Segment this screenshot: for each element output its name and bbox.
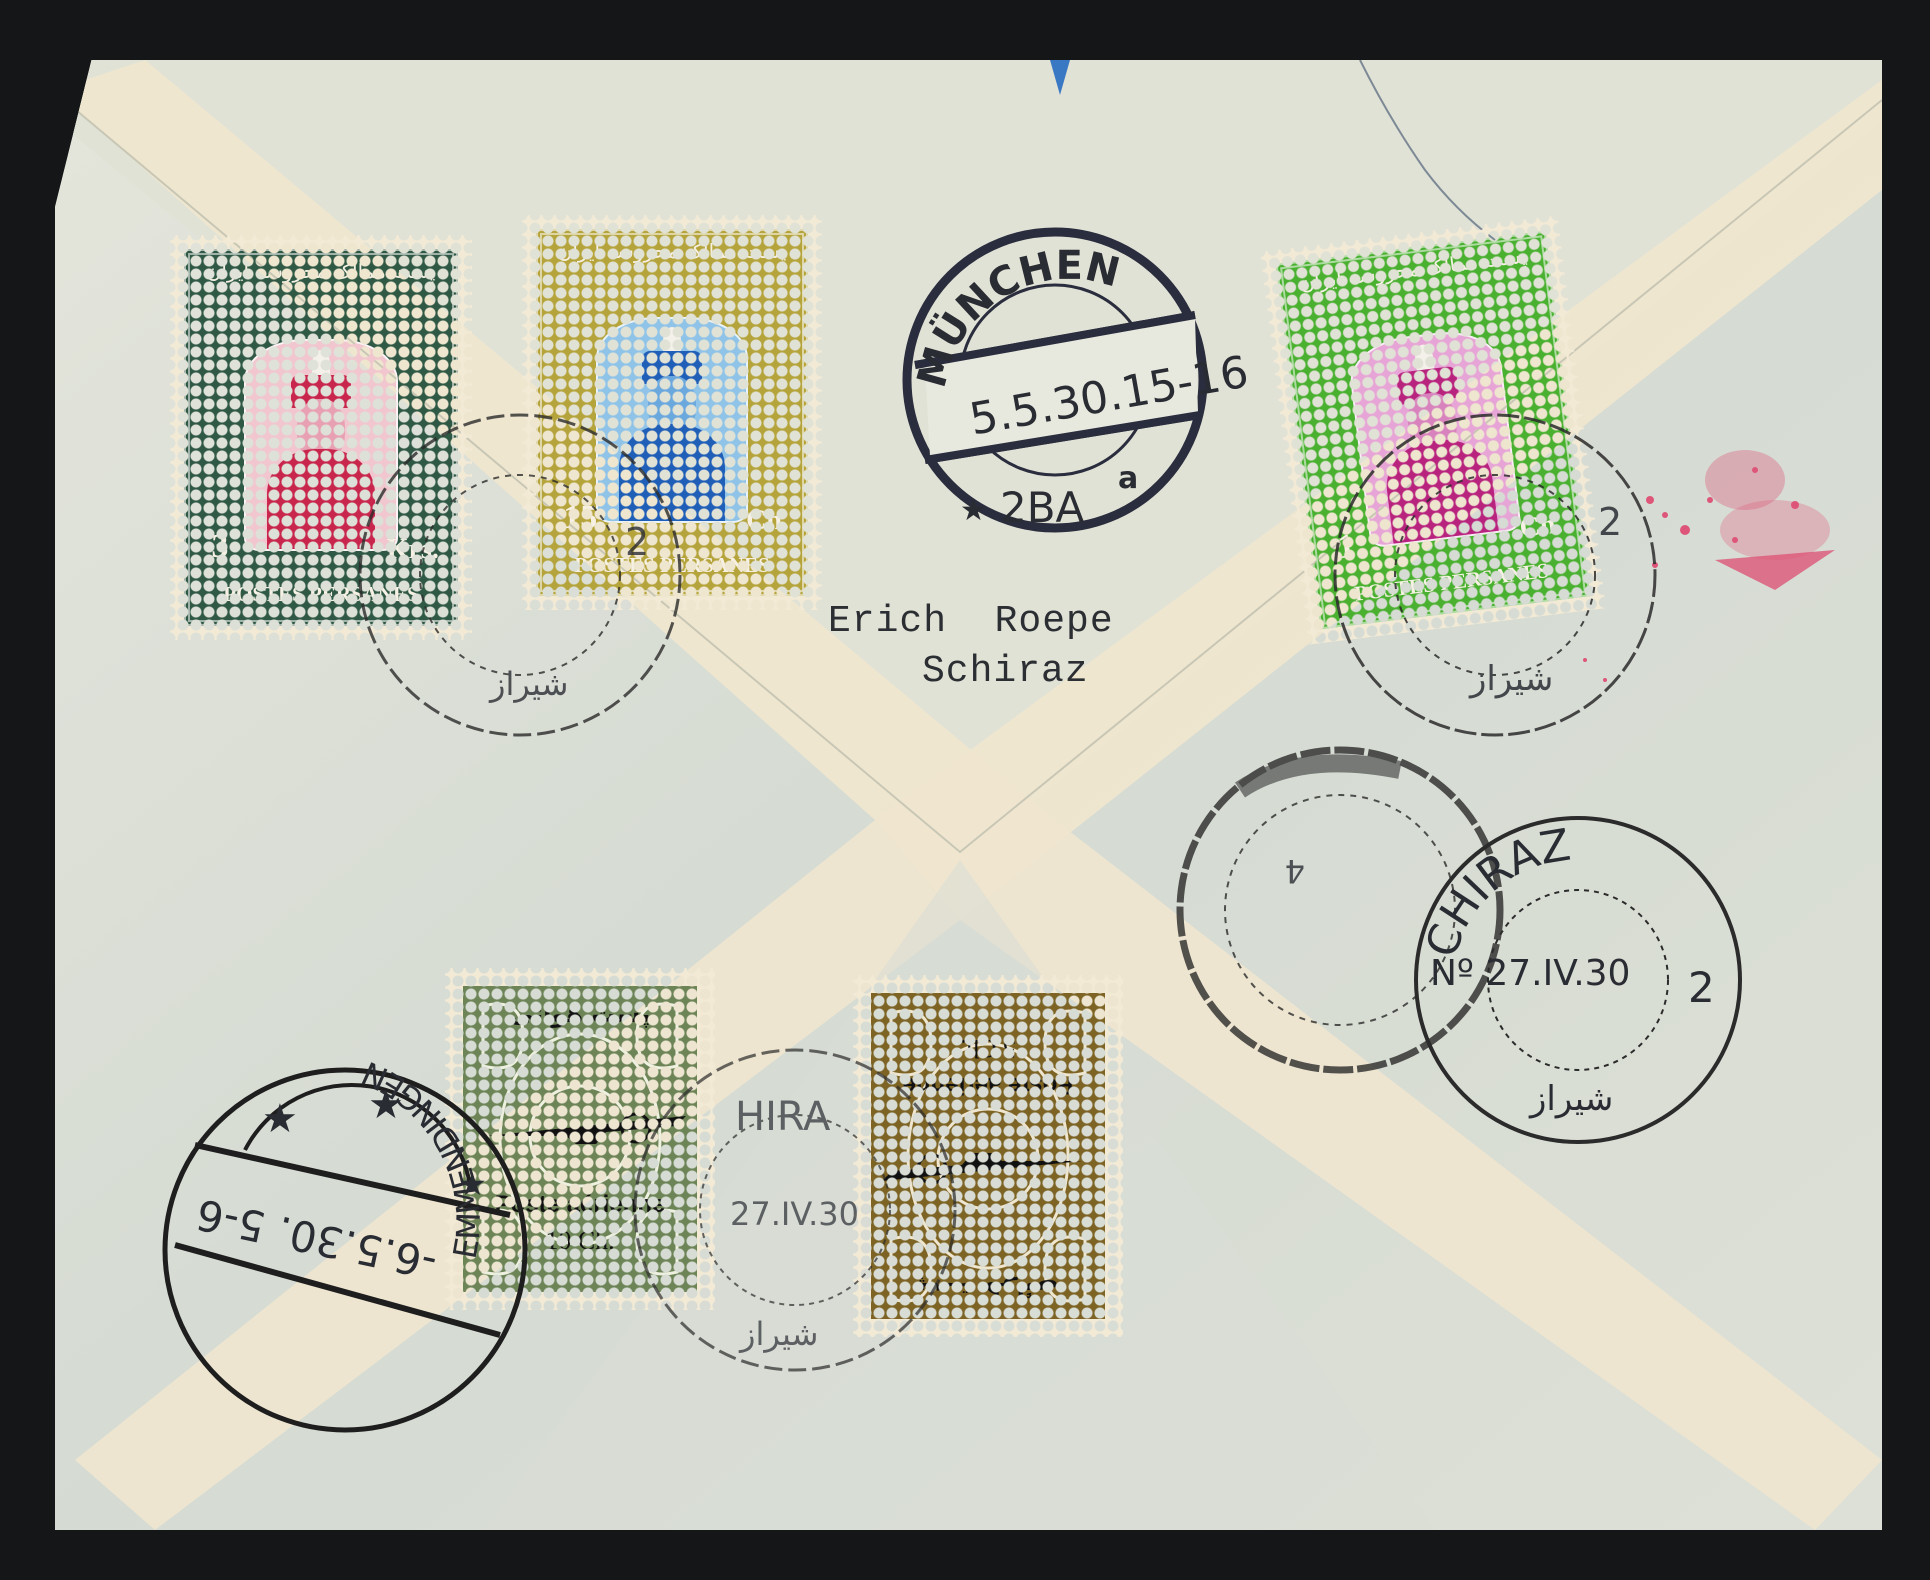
airplane-overprint-icon (486, 1108, 686, 1148)
airmail-overprint-line1: Poste aérienne (463, 1191, 697, 1219)
stamp-caption: POSTES PERSANES (536, 553, 808, 578)
stamp-unit: Ch. (1518, 508, 1564, 545)
airmail-overprint-line1: Poste aérienne (871, 1071, 1105, 1099)
stamp-portrait (596, 317, 748, 523)
stamp-value: 3 (211, 528, 228, 566)
airmail-overprint-value: 5 Ch. (871, 1033, 1105, 1063)
stamp-frame: پست هوائی Poste aérienne 10 Ch. (463, 986, 697, 1292)
airplane-overprint-icon (882, 1149, 1082, 1189)
stamp-3-krs: پست ممالک محروسه ایران 3 Krs. POSTES PER… (170, 235, 472, 640)
airmail-farsi-overprint: پست هوائی (463, 1000, 697, 1028)
sender-name: Erich Roepe (828, 600, 1114, 643)
stamp-1-ch: پست ممالک محروسه ایران 1 Ch. POSTES PERS… (1260, 215, 1606, 645)
stamp-value: 15 (563, 499, 597, 537)
airmail-farsi-overprint: پست هوائی (871, 1277, 1105, 1305)
stamp-portrait (1346, 326, 1522, 549)
stamp-portrait (244, 339, 397, 550)
stamp-caption: POSTES PERSANES (184, 582, 458, 607)
stamp-unit: Ch. (746, 505, 789, 537)
stamp-frame: پست ممالک محروسه ایران 1 Ch. POSTES PERS… (1276, 231, 1591, 629)
stamp-frame: پست ممالک محروسه ایران 3 Krs. POSTES PER… (184, 249, 458, 626)
stamp-frame: پست ممالک محروسه ایران 15 Ch. POSTES PER… (536, 229, 808, 596)
stamp-frame: پست هوائی Poste aérienne 5 Ch. (871, 993, 1105, 1319)
stamp-unit: Krs. (387, 534, 439, 566)
sender-city: Schiraz (922, 650, 1089, 693)
airmail-stamp-10-ch: پست هوائی Poste aérienne 10 Ch. (445, 968, 715, 1310)
airmail-stamp-5-ch-inverted: پست هوائی Poste aérienne 5 Ch. (853, 975, 1123, 1337)
airmail-overprint-value: 10 Ch. (463, 1226, 697, 1256)
stamp-15-ch: پست ممالک محروسه ایران 15 Ch. POSTES PER… (522, 215, 822, 610)
